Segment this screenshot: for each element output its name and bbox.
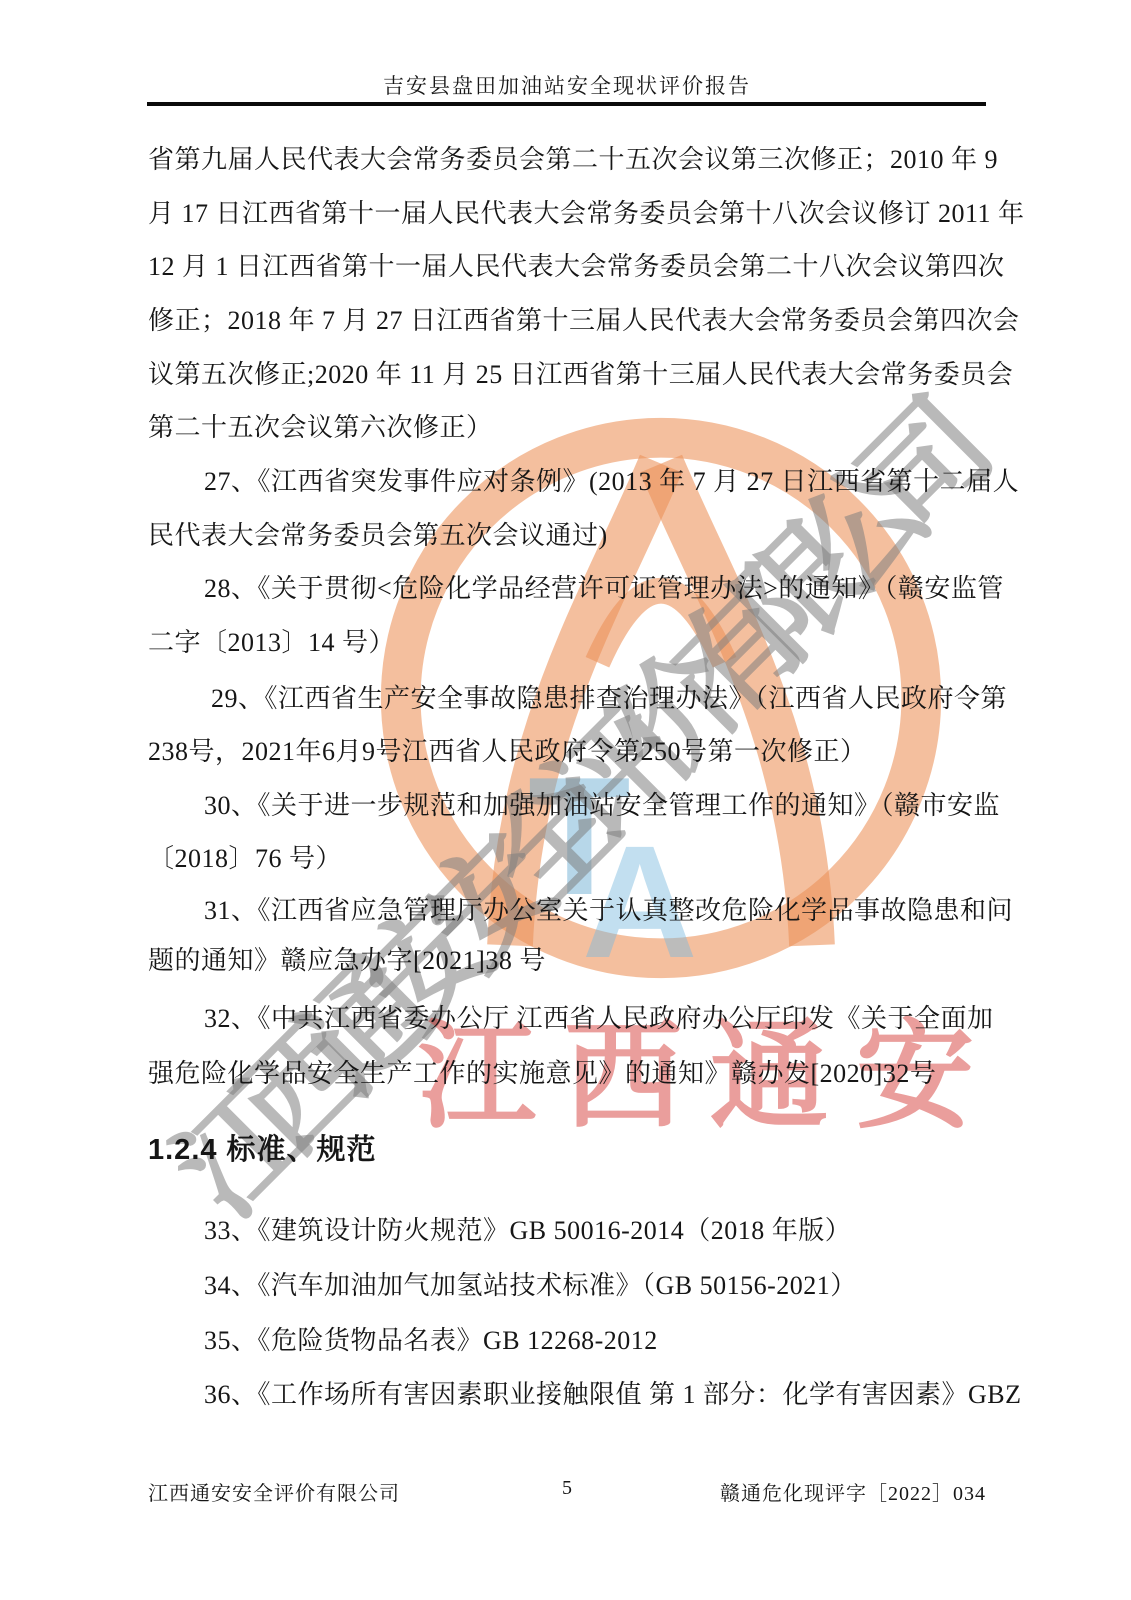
text-line: 238号，2021年6月9号江西省人民政府令第250号第一次修正） — [148, 730, 998, 774]
list-item-35: 35、《危险货物品名表》GB 12268-2012 — [148, 1319, 1054, 1363]
list-item-32: 32、《中共江西省委办公厅 江西省人民政府办公厅印发《关于全面加 — [148, 997, 1054, 1041]
text-line: 题的通知》赣应急办字[2021]38 号 — [148, 939, 998, 983]
document-page: T A 江西通安安全评价有限公司 江西通安 吉安县盘田加油站安全现状评价报告 省… — [0, 0, 1131, 1600]
text-line: 民代表大会常务委员会第五次会议通过) — [148, 514, 998, 558]
list-item-33: 33、《建筑设计防火规范》GB 50016-2014（2018 年版） — [148, 1209, 1054, 1253]
list-item-29: 29、《江西省生产安全事故隐患排查治理办法》（江西省人民政府令第 — [148, 677, 1061, 721]
document-body: 省第九届人民代表大会常务委员会第二十五次会议第三次修正；2010 年 9 月 1… — [0, 0, 1131, 1600]
text-line: 12 月 1 日江西省第十一届人民代表大会常务委员会第二十八次会议第四次 — [148, 245, 998, 289]
text-line: 省第九届人民代表大会常务委员会第二十五次会议第三次修正；2010 年 9 — [148, 138, 998, 182]
list-item-36: 36、《工作场所有害因素职业接触限值 第 1 部分：化学有害因素》GBZ — [148, 1373, 1054, 1417]
text-line: 〔2018〕76 号） — [148, 837, 998, 881]
section-heading-124: 1.2.4 标准、规范 — [148, 1126, 377, 1174]
list-item-31: 31、《江西省应急管理厅办公室关于认真整改危险化学品事故隐患和问 — [148, 889, 1054, 933]
text-line: 二字〔2013〕14 号） — [148, 621, 998, 665]
text-line: 议第五次修正;2020 年 11 月 25 日江西省第十三届人民代表大会常务委员… — [148, 353, 998, 397]
text-line: 强危险化学品安全生产工作的实施意见》的通知》赣办发[2020]32号 — [148, 1052, 998, 1096]
text-line: 第二十五次会议第六次修正） — [148, 406, 998, 450]
text-line: 月 17 日江西省第十一届人民代表大会常务委员会第十八次会议修订 2011 年 — [148, 192, 998, 236]
list-item-28: 28、《关于贯彻<危险化学品经营许可证管理办法>的通知》（赣安监管 — [148, 567, 1054, 611]
list-item-30: 30、《关于进一步规范和加强加油站安全管理工作的通知》（赣市安监 — [148, 784, 1054, 828]
list-item-27: 27、《江西省突发事件应对条例》(2013 年 7 月 27 日江西省第十二届人 — [148, 460, 1054, 504]
text-line: 修正；2018 年 7 月 27 日江西省第十三届人民代表大会常务委员会第四次会 — [148, 299, 998, 343]
list-item-34: 34、《汽车加油加气加氢站技术标准》（GB 50156-2021） — [148, 1264, 1054, 1308]
